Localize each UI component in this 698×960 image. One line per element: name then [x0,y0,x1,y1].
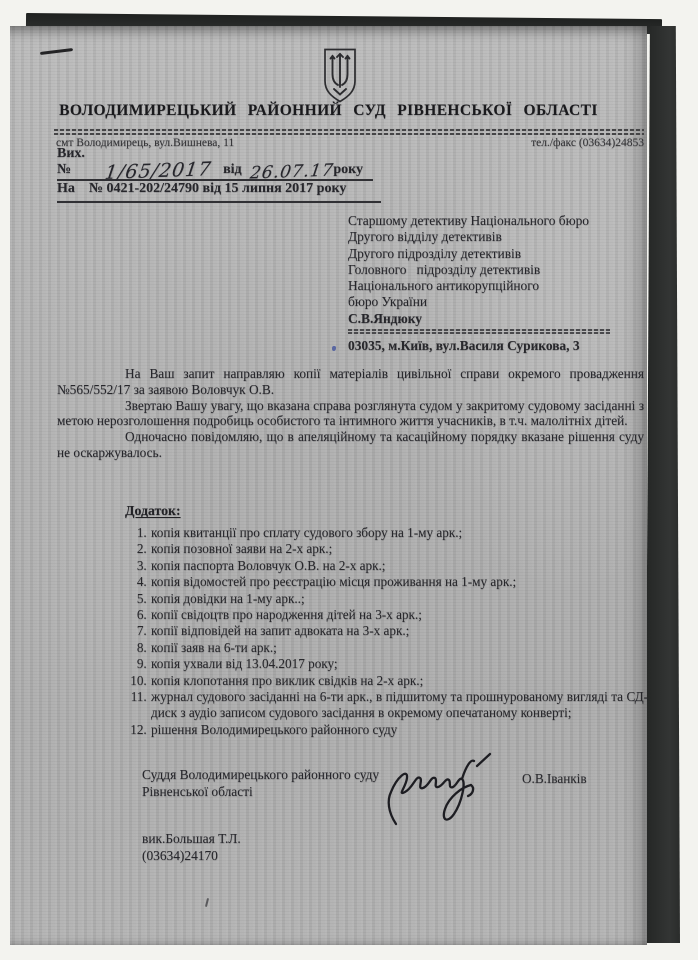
attachment-item: копія клопотання про виклик свідків на 2… [150,673,648,689]
recipient-line: Головного підрозділу детективів [348,262,638,278]
signer-title: Суддя Володимирецького районного суду Рі… [142,767,379,800]
executor-name: вик.Большая Т.Л. [142,831,241,848]
scanned-document: ВОЛОДИМИРЕЦЬКИЙ РАЙОННИЙ СУД РІВНЕНСЬКОЇ… [0,0,698,960]
outgoing-ref-prefix: Вих. № [57,146,89,179]
attachment-item: копія відомостей про реєстрацію місця пр… [150,574,648,590]
ukraine-trident-icon [322,47,358,104]
attachments-list: копія квитанції про сплату судового збор… [126,525,648,738]
recipient-lines: Старшому детективу Національного бюроДру… [348,213,638,311]
attachment-item: копія позовної заяви на 2-х арк.; [150,541,648,557]
scan-shadow-right [645,26,680,943]
recipient-line: Старшому детективу Національного бюро [348,213,638,229]
incoming-ref-line: На № 0421-202/24790 від 15 липня 2017 ро… [57,181,381,203]
recipient-address: 03035, м.Київ, вул.Василя Сурикова, 3 [348,338,580,354]
executor-phone: (03634)24170 [142,848,241,865]
attachment-item: рішення Володимирецького районного суду [150,722,648,738]
signer-title-line1: Суддя Володимирецького районного суду [142,767,379,784]
recipient-name: С.В.Яндюку [348,311,638,327]
recipient-line: бюро України [348,294,638,310]
court-phone: тел./факс (03634)24853 [531,137,644,149]
attachment-item: журнал судового засіданні на 6-ти арк., … [150,689,648,722]
letter-body: На Ваш запит направляю копії матеріалів … [57,366,644,461]
court-title: ВОЛОДИМИРЕЦЬКИЙ РАЙОННИЙ СУД РІВНЕНСЬКОЇ… [10,102,647,120]
recipient-line: Другого підрозділу детективів [348,246,638,262]
attachment-item: копії свідоцтв про народження дітей на 3… [150,607,648,623]
outgoing-ref-mid: від [223,162,242,179]
pen-mark [40,48,73,55]
header-address-row: смт Володимирець, вул.Вишнева, 11 тел./ф… [56,137,644,149]
page-content: ВОЛОДИМИРЕЦЬКИЙ РАЙОННИЙ СУД РІВНЕНСЬКОЇ… [10,26,647,945]
recipient-line: Другого відділу детективів [348,229,638,245]
document-page: ВОЛОДИМИРЕЦЬКИЙ РАЙОННИЙ СУД РІВНЕНСЬКОЇ… [10,26,647,945]
outgoing-ref-suffix: року [333,162,363,179]
handwritten-signature-icon [382,744,502,834]
pen-tick-mark [205,898,209,907]
recipient-block: Старшому детективу Національного бюроДру… [348,213,638,327]
recipient-divider [348,329,610,334]
attachment-item: копія ухвали від 13.04.2017 року; [150,656,648,672]
attachment-item: копії заяв на 6-ти арк.; [150,640,648,656]
attachment-item: копія квитанції про сплату судового збор… [150,525,648,541]
body-paragraph: Одночасно повідомляю, що в апеляційному … [57,429,644,461]
attachments-items: копія квитанції про сплату судового збор… [126,525,648,738]
attachment-item: копії відповідей на запит адвоката на 3-… [150,623,648,639]
body-paragraph: На Ваш запит направляю копії матеріалів … [57,366,644,398]
attachment-item: копія паспорта Воловчук О.В. на 2-х арк.… [150,558,648,574]
recipient-line: Національного антикорупційного [348,278,638,294]
signer-title-line2: Рівненської області [142,784,379,801]
outgoing-ref-line: Вих. № 1/65/2017 від 26.07.17 року [57,156,373,181]
header-divider [54,129,644,135]
executor-block: вик.Большая Т.Л. (03634)24170 [142,831,241,864]
attachments-heading: Додаток: [125,503,181,519]
body-paragraph: Звертаю Вашу увагу, що вказана справа ро… [57,398,644,430]
attachment-item: копія довідки на 1-му арк..; [150,591,648,607]
ink-speck [332,346,336,351]
signer-name: О.В.Іванків [522,771,587,787]
